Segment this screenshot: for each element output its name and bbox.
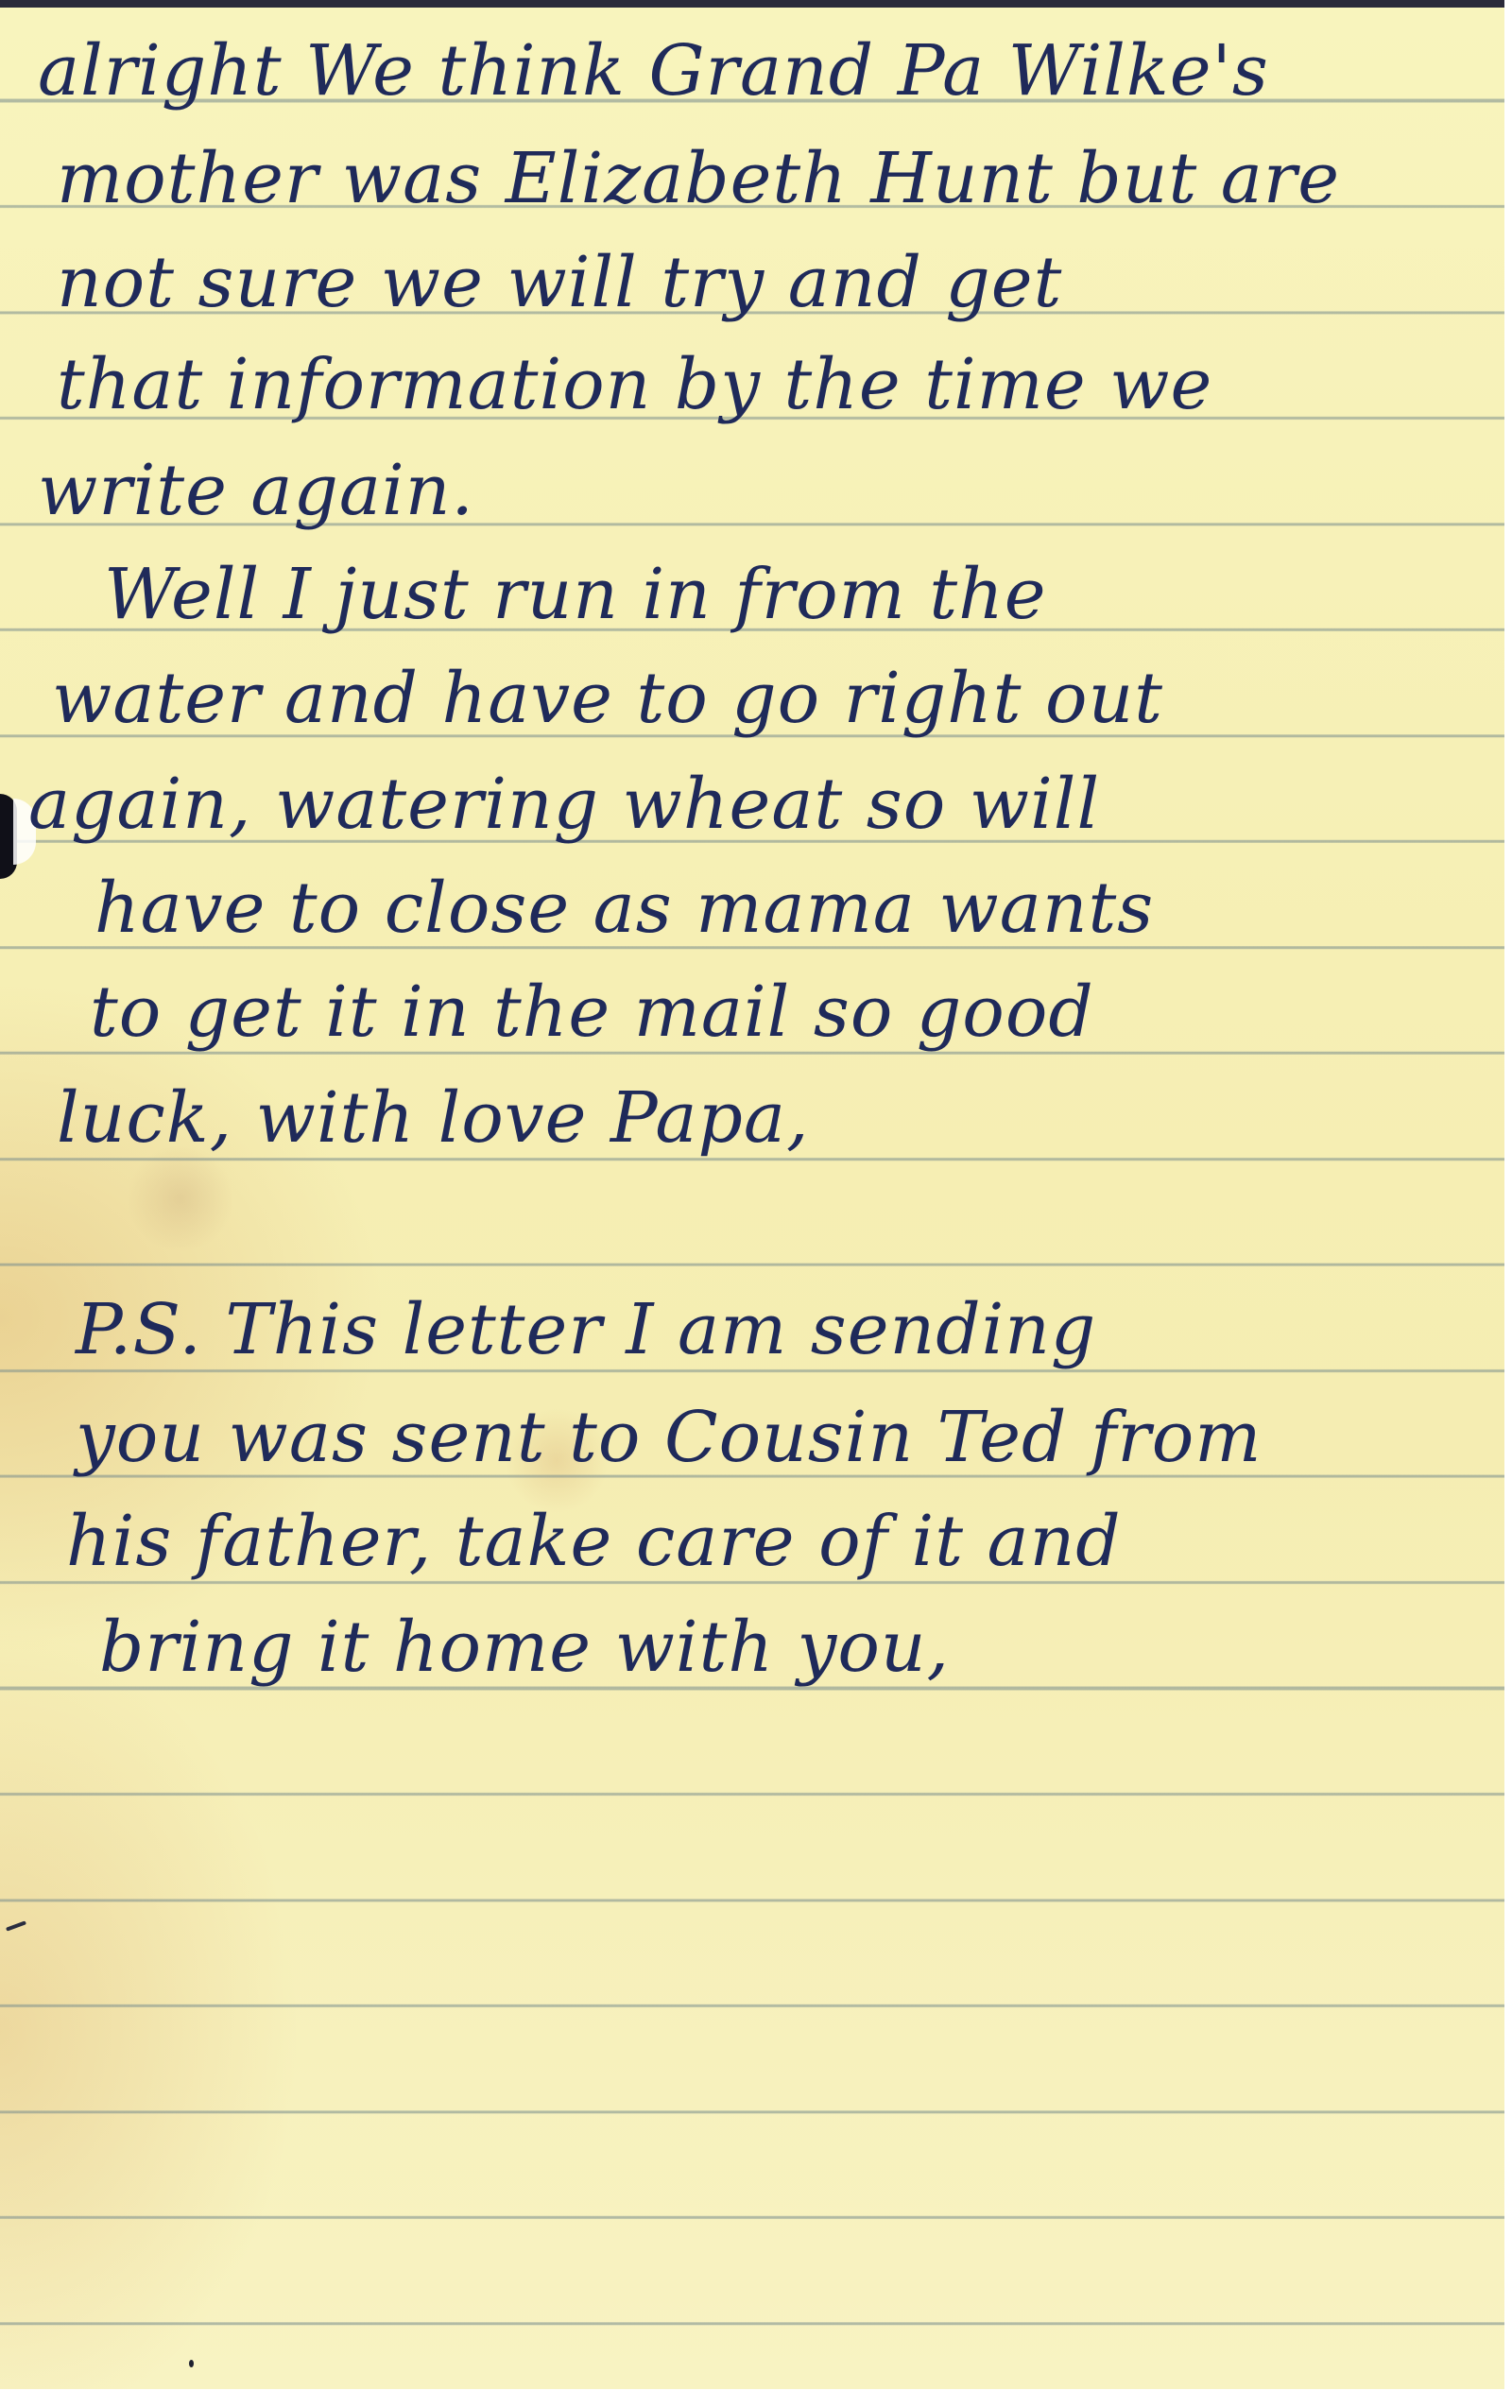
letter-line-5: write again. <box>38 456 474 525</box>
letter-line-15: bring it home with you, <box>99 1612 950 1682</box>
letter-line-12-postscript: P.S. This letter I am sending <box>76 1295 1096 1365</box>
letter-line-7: water and have to go right out <box>52 663 1163 733</box>
letter-line-14: his father, take care of it and <box>66 1506 1122 1576</box>
letter-line-13: you was sent to Cousin Ted from <box>76 1402 1262 1472</box>
letter-line-6: Well I just run in from the <box>104 559 1047 629</box>
letter-line-3: not sure we will try and get <box>57 248 1062 318</box>
letter-line-8: again, watering wheat so will <box>28 769 1100 839</box>
ink-dot <box>189 2360 194 2367</box>
letter-line-10: to get it in the mail so good <box>90 977 1094 1047</box>
letter-line-1: alright We think Grand Pa Wilke's <box>38 36 1269 106</box>
page-top-edge <box>0 0 1504 8</box>
letter-line-9: have to close as mama wants <box>94 873 1154 943</box>
letter-line-2: mother was Elizabeth Hunt but are <box>57 144 1340 214</box>
letter-line-11-signoff: luck, with love Papa, <box>57 1083 810 1153</box>
letter-line-4: that information by the time we <box>57 350 1212 420</box>
